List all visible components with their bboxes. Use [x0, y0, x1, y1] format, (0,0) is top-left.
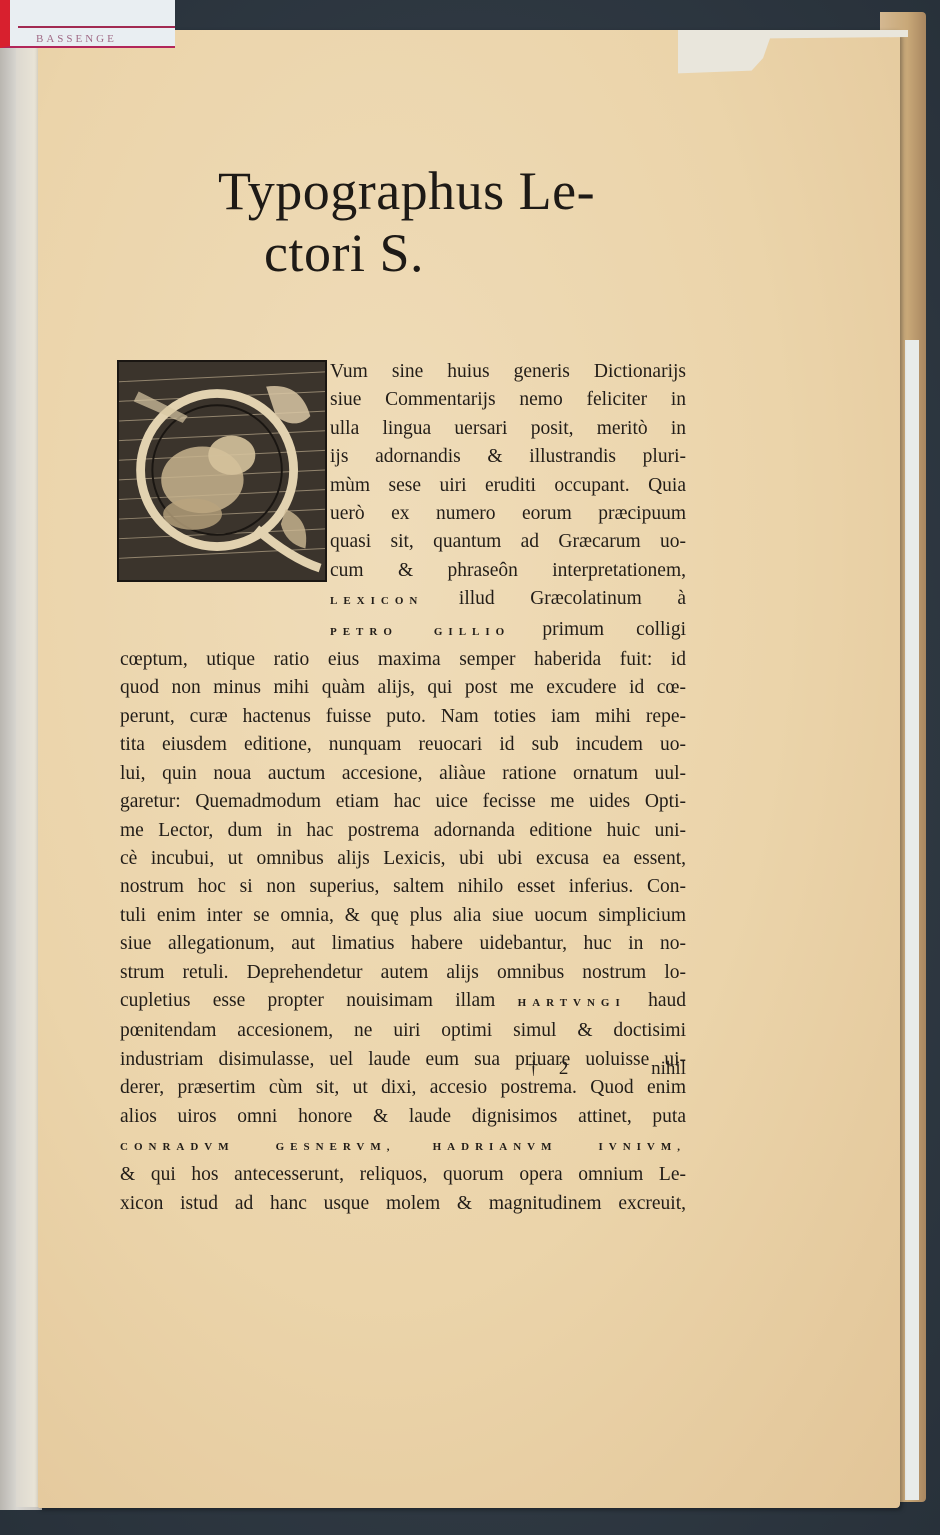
- text-line: tuli enim inter se omnia, & quę plus ali…: [120, 902, 686, 930]
- catchword: nihil: [651, 1058, 686, 1079]
- smallcaps-hadrianum: HADRIANVM IVNIVM,: [433, 1141, 686, 1153]
- text-line: ulla lingua uersari posit, meritò in: [120, 415, 686, 443]
- text-line: alios uiros omni honore & laude dignisim…: [120, 1103, 686, 1131]
- title-line-1: Typographus Le-: [218, 161, 595, 221]
- text-line: siue allegationum, aut limatius habere u…: [120, 930, 686, 958]
- text-line: Vum sine huius generis Dictionarijs: [120, 358, 686, 386]
- title-line-2: ctori S.: [218, 222, 595, 284]
- text-line: perunt, curæ hactenus fuisse puto. Nam t…: [120, 703, 686, 731]
- text-line: tita eiusdem editione, nunquam reuocari …: [120, 731, 686, 759]
- text-line: nostrum hoc si non superius, saltem nihi…: [120, 873, 686, 901]
- text-line: cè incubui, ut omnibus alijs Lexicis, ub…: [120, 845, 686, 873]
- smallcaps-hartungi: HARTVNGI: [518, 997, 626, 1009]
- text-line: siue Commentarijs nemo feliciter in: [120, 386, 686, 414]
- text-line: strum retuli. Deprehendetur autem alijs …: [120, 959, 686, 987]
- page-tear-damage: [678, 30, 908, 100]
- text-line: PETRO GILLIO primum colligi: [120, 616, 686, 646]
- text-line: lui, quin noua auctum accesione, aliàue …: [120, 760, 686, 788]
- page-title: Typographus Le- ctori S.: [218, 160, 595, 284]
- text-line: mùm sese uiri eruditi occupant. Quia: [120, 472, 686, 500]
- text-line: pœnitendam accesionem, ne uiri optimi si…: [120, 1017, 686, 1045]
- library-label-card: BASSENGE: [0, 0, 175, 48]
- text-line: xicon istud ad hanc usque molem & magnit…: [120, 1190, 686, 1218]
- text-line: LEXICON illud Græcolatinum à: [120, 585, 686, 615]
- label-rule: [18, 26, 175, 28]
- signature-mark: † 2: [529, 1058, 577, 1079]
- back-board-edge: [905, 340, 919, 1500]
- text-line: ijs adornandis & illustrandis pluri-: [120, 443, 686, 471]
- signature-catchword-line: † 2 nihil: [120, 1058, 686, 1080]
- text-line: & qui hos antecesserunt, reliquos, quoru…: [120, 1161, 686, 1189]
- text-line: quod non minus mihi quàm alijs, qui post…: [120, 674, 686, 702]
- text-line: me Lector, dum in hac postrema adornanda…: [120, 817, 686, 845]
- text-line: cœptum, utique ratio eius maxima semper …: [120, 646, 686, 674]
- text-line: quasi sit, quantum ad Græcarum uo-: [120, 528, 686, 556]
- text-line: cupletius esse propter nouisimam illam H…: [120, 987, 686, 1017]
- smallcaps-lexicon: LEXICON: [330, 595, 423, 607]
- text-line: garetur: Quemadmodum etiam hac uice feci…: [120, 788, 686, 816]
- text-line: CONRADVM GESNERVM, HADRIANVM IVNIVM,: [120, 1131, 686, 1161]
- label-text: BASSENGE: [36, 33, 117, 45]
- smallcaps-petro-gillio: PETRO GILLIO: [330, 626, 510, 638]
- text-line: uerò ex numero eorum præcipuum: [120, 500, 686, 528]
- smallcaps-conradum: CONRADVM GESNERVM,: [120, 1141, 396, 1153]
- text-line: cum & phraseôn interpretationem,: [120, 557, 686, 585]
- body-text: Vum sine huius generis Dictionarijs siue…: [120, 358, 686, 1218]
